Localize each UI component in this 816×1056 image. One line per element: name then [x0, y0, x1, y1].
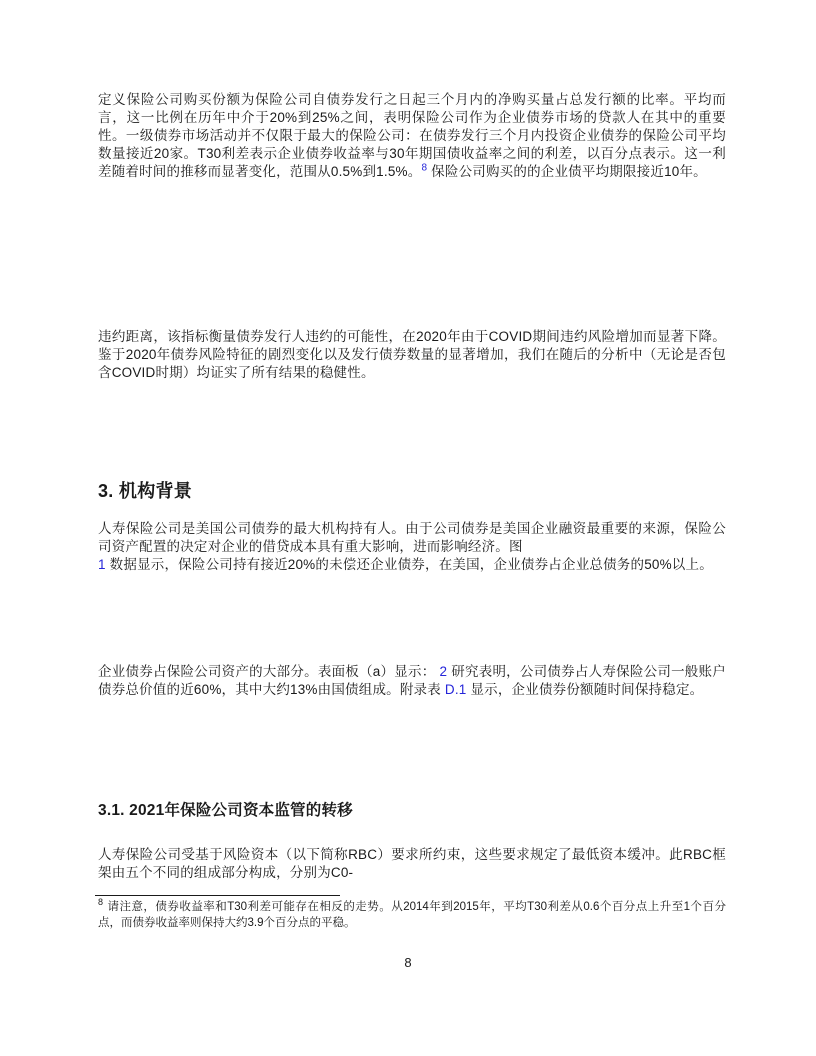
page-number: 8	[0, 955, 816, 970]
paragraph-rbc-requirements: 人寿保险公司受基于风险资本（以下简称RBC）要求所约束，这些要求规定了最低资本缓…	[98, 846, 726, 882]
footnote-body: 请注意，债券收益率和T30利差可能存在相反的走势。从2014年到2015年，平均…	[98, 901, 726, 929]
paragraph-text: 人寿保险公司是美国公司债券的最大机构持有人。由于公司债券是美国企业融资最重要的来…	[98, 521, 726, 554]
paragraph-distance-to-default: 违约距离，该指标衡量债券发行人违约的可能性，在2020年由于COVID期间违约风…	[98, 328, 726, 382]
paragraph-corporate-bond-share: 企业债券占保险公司资产的大部分。表面板（a）显示： 2 研究表明，公司债券占人寿…	[98, 663, 726, 699]
paragraph-life-insurers-holders: 人寿保险公司是美国公司债券的最大机构持有人。由于公司债券是美国企业融资最重要的来…	[98, 520, 726, 574]
footnote-8: 8请注意，债券收益率和T30利差可能存在相反的走势。从2014年到2015年，平…	[98, 900, 726, 932]
paragraph-text: 违约距离，该指标衡量债券发行人违约的可能性，在2020年由于COVID期间违约风…	[98, 329, 726, 380]
paragraph-text: 企业债券占保险公司资产的大部分。表面板（a）显示：	[98, 664, 440, 679]
table-ref-link-d1[interactable]: D.1	[445, 682, 467, 697]
paragraph-bond-purchase-share: 定义保险公司购买份额为保险公司自债券发行之日起三个月内的净购买量占总发行额的比率…	[98, 91, 726, 181]
document-page: 定义保险公司购买份额为保险公司自债券发行之日起三个月内的净购买量占总发行额的比率…	[0, 0, 816, 1056]
paragraph-text: 数据显示，保险公司持有接近20%的未偿还企业债券，在美国，企业债券占企业总债务的…	[106, 557, 713, 572]
paragraph-text: 显示，企业债券份额随时间保持稳定。	[467, 682, 704, 697]
footnote-separator-rule	[95, 895, 340, 896]
paragraph-text: 保险公司购买的的企业债平均期限接近10年。	[431, 164, 707, 179]
section-heading-institutional-background: 3. 机构背景	[98, 477, 726, 503]
footnote-marker: 8	[98, 897, 103, 907]
subsection-heading-capital-regulation-shift: 3.1. 2021年保险公司资本监管的转移	[98, 798, 726, 820]
figure-ref-link-1[interactable]: 1	[98, 557, 106, 572]
paragraph-text: 人寿保险公司受基于风险资本（以下简称RBC）要求所约束，这些要求规定了最低资本缓…	[98, 847, 726, 880]
footnote-ref-link-8[interactable]: 8	[421, 162, 427, 173]
